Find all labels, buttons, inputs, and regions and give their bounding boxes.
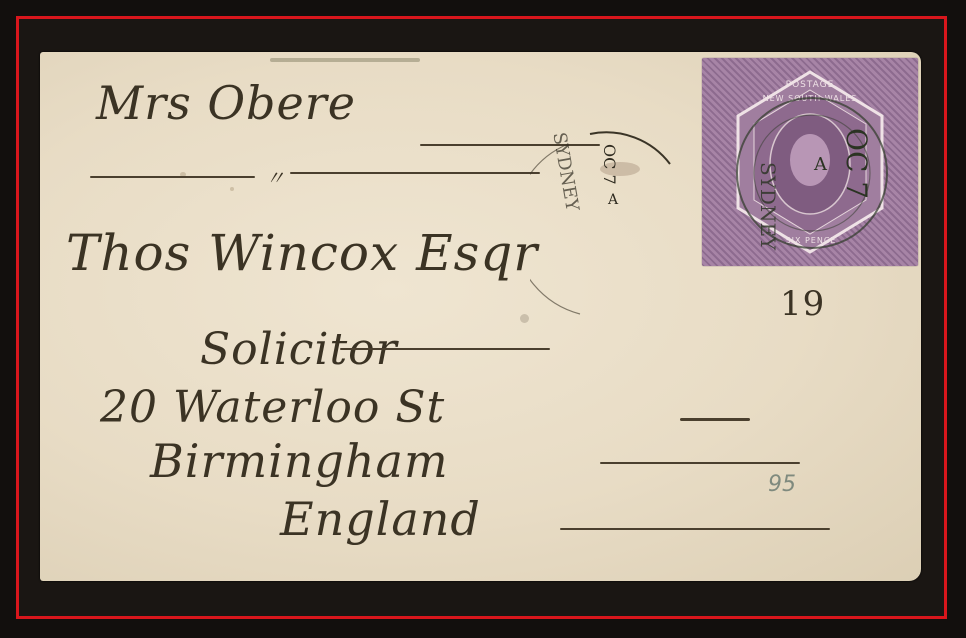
underline	[600, 462, 800, 464]
address-line-name: Thos Wincox Esqr	[66, 224, 538, 282]
underline	[680, 418, 750, 421]
address-line-title: Solicitor	[200, 324, 398, 375]
stamp-postmark-date: OC 7	[840, 128, 873, 199]
pencil-number-annotation: 95	[768, 472, 796, 497]
address-line-street: 20 Waterloo St	[100, 382, 445, 433]
address-line-city: Birmingham	[150, 434, 449, 488]
envelope-cover: Mrs Obere 〃 Thos Wincox Esqr Solicitor 2…	[40, 52, 921, 581]
top-edge-mark	[270, 58, 420, 62]
address-line-recipient: Mrs Obere	[96, 76, 356, 130]
sydney-postmark-on-stamp	[682, 78, 921, 268]
address-line-country: England	[280, 492, 481, 546]
ditto-mark: 〃	[265, 162, 286, 191]
ditto-rule-right	[290, 172, 540, 174]
postage-stamp: POSTAGE NEW SOUTH WALES SIX PENCE OC 7 A…	[702, 58, 918, 266]
underline	[340, 348, 550, 350]
foxing-speck	[230, 187, 234, 191]
foxing-speck	[520, 314, 529, 323]
ditto-rule-left	[90, 176, 255, 178]
postmark-date: OC 7	[600, 144, 619, 185]
postmark-code: A	[608, 192, 618, 208]
ink-number-annotation: 19	[780, 284, 825, 324]
stamp-postmark-town: SYDNEY	[756, 162, 780, 250]
stamp-postmark-code: A	[814, 154, 827, 175]
underline	[560, 528, 830, 530]
